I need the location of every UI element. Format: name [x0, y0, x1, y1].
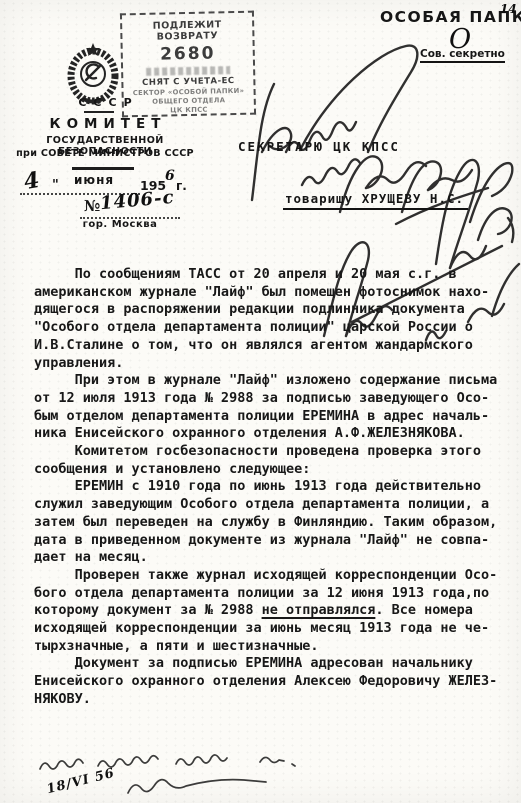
date-day-handwritten: 4	[22, 167, 42, 195]
org-name-line3: при СОВЕТЕ МИНИСТРОВ СССР	[2, 148, 208, 159]
document-number-handwritten: 1406-с	[99, 187, 175, 214]
paragraph-addressee-zheleznyakov: Документ за подписью ЕРЕМИНА адресован н…	[34, 655, 506, 708]
paragraph-kgb-check: Комитетом госбезопасности проведена пров…	[34, 443, 506, 478]
date-quote-mark: "	[52, 178, 59, 193]
addressee-title: СЕКРЕТАРЮ ЦК КПСС	[238, 139, 400, 154]
letterhead-divider	[72, 167, 134, 170]
date-year-handwritten: 6	[165, 168, 175, 184]
special-folder-handwritten-number: 14	[500, 2, 517, 16]
document-page: СССР КОМИТЕТ ГОСУДАРСТВЕННОЙ БЕЗОПАСНОСТ…	[0, 0, 521, 803]
letterhead-divider-small	[84, 111, 114, 113]
footer-date-handwritten: 18/VI 56	[45, 766, 116, 797]
org-name-line1: КОМИТЕТ	[10, 116, 200, 132]
paragraph-eremin-service: ЕРЕМИН с 1910 года по июнь 1913 года дей…	[34, 478, 506, 567]
city-label: гор. Москва	[60, 219, 180, 230]
date-month: июня	[74, 173, 114, 187]
paragraph-life-photocopy: По сообщениям ТАСС от 20 апреля и 20 мая…	[34, 266, 506, 372]
number-sign: №	[84, 197, 100, 215]
paragraph-eremin-letter: При этом в журнале "Лайф" изложено содер…	[34, 372, 506, 443]
memo-body: По сообщениям ТАСС от 20 апреля и 20 мая…	[34, 266, 506, 709]
stamp-number: 2680	[123, 43, 253, 66]
stamp-line6: ЦК КПСС	[124, 105, 254, 116]
paragraph-correspondence-journal: Проверен также журнал исходящей корреспо…	[34, 567, 506, 656]
secrecy-classification: Сов. секретно	[420, 48, 505, 63]
stamp-line1: ПОДЛЕЖИТ ВОЗВРАТУ	[122, 19, 252, 44]
p5-underlined-phrase: не отправлялся	[262, 602, 376, 618]
stamp-faded-line	[146, 66, 230, 76]
date-suffix: г.	[176, 179, 187, 193]
return-stamp: ПОДЛЕЖИТ ВОЗВРАТУ 2680 СНЯТ С УЧЕТА-ЕС С…	[120, 11, 256, 118]
addressee-name: товарищу ХРУЩЕВУ Н.С.	[283, 191, 468, 210]
